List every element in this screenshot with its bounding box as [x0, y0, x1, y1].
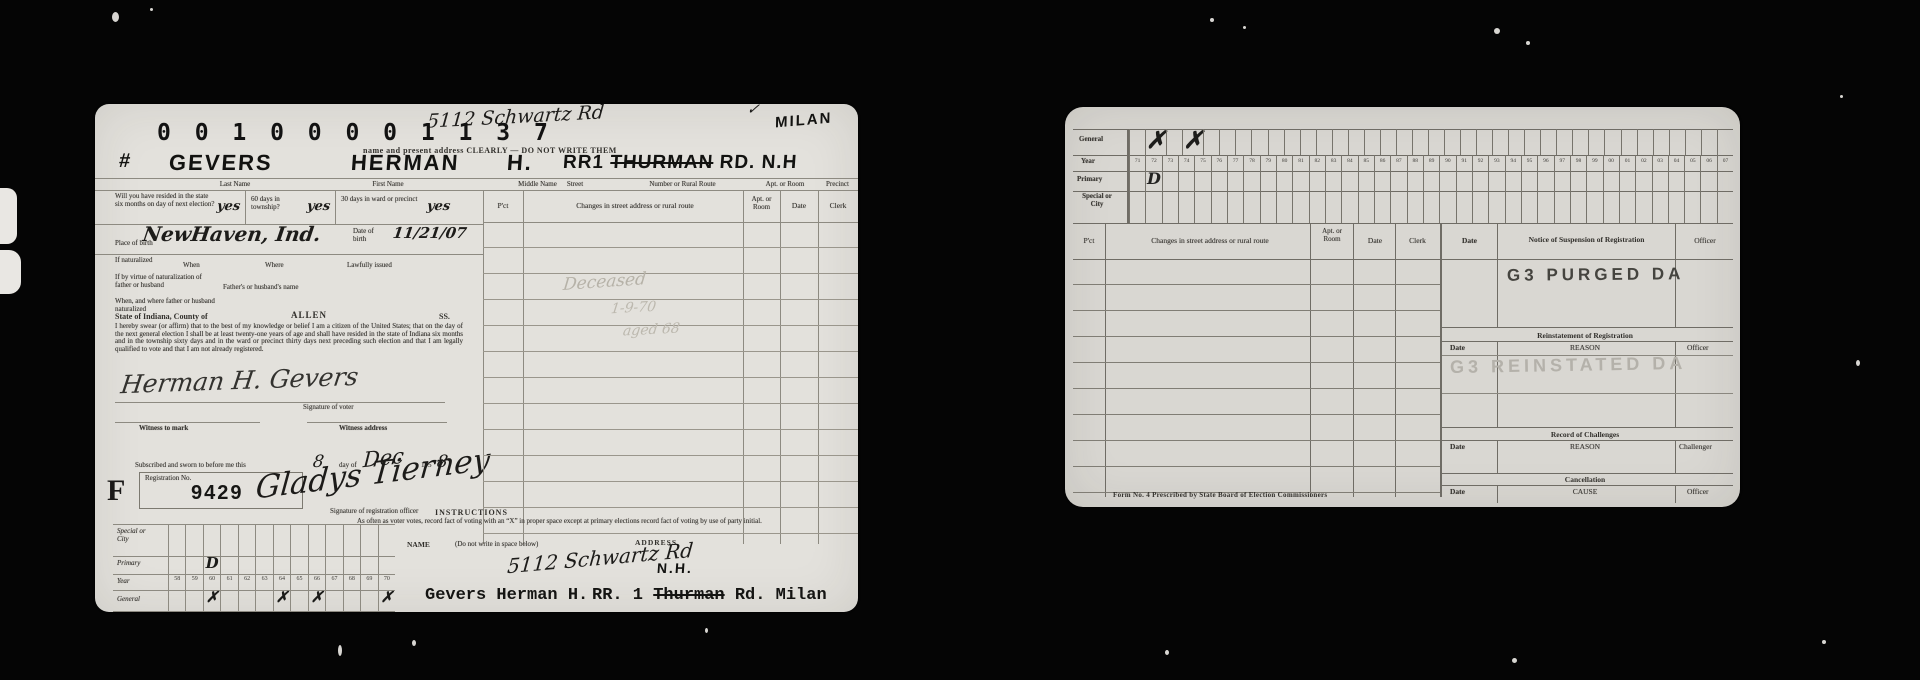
vote-mark-cell — [1476, 129, 1492, 155]
label-virtue-naturalization: If by virtue of naturalization of father… — [115, 274, 210, 289]
label-primary: Primary — [1077, 176, 1102, 184]
label-father-husband-name: Father's or husband's name — [223, 284, 383, 292]
vote-cell — [1374, 191, 1390, 223]
label-when: When — [183, 262, 200, 270]
vote-mark-cell — [1325, 171, 1341, 191]
vote-mark-cell — [1316, 129, 1332, 155]
registration-number-value: 9429 — [191, 482, 244, 505]
vote-mark-cell — [1472, 171, 1488, 191]
vote-cell — [1407, 191, 1423, 223]
typed-address: RR. 1 Thurman Rd. Milan — [592, 586, 827, 605]
vote-cell — [273, 524, 290, 556]
vote-mark-cell — [1524, 129, 1540, 155]
header-apt: Apt. or Room — [745, 196, 778, 211]
year-cell: 81 — [1292, 155, 1308, 171]
vote-cell — [1586, 191, 1602, 223]
vote-mark-cell — [1332, 129, 1348, 155]
header-date: Date — [1357, 237, 1393, 245]
vote-mark-cell — [238, 556, 255, 574]
label-date-of-birth: Date of birth — [353, 228, 388, 243]
county-value: ALLEN — [291, 310, 327, 320]
pencil-note-age: aged 68 — [622, 320, 681, 339]
vote-cell — [1423, 191, 1439, 223]
registration-card-front: 5112 Schwartz Rd 0 0 1 0 0 0 0 1 1 3 7 n… — [95, 104, 858, 612]
film-speck — [112, 12, 119, 22]
vote-mark-cell — [1488, 171, 1504, 191]
film-speck — [150, 8, 153, 11]
vote-mark-cell: D — [203, 556, 220, 574]
vote-cell — [1292, 191, 1308, 223]
nh-annotation: N.H. — [656, 560, 693, 576]
label-registration-no: Registration No. — [145, 475, 191, 483]
vote-mark-cell — [325, 556, 342, 574]
vote-mark-cell — [1428, 129, 1444, 155]
header-changes: Changes in street address or rural route — [1115, 237, 1305, 245]
vote-cell — [1162, 191, 1178, 223]
film-speck — [338, 645, 342, 656]
typed-address-rr: RR. 1 — [592, 586, 643, 605]
label-street: Street — [550, 181, 600, 189]
vote-cell — [290, 524, 307, 556]
vote-mark-cell — [1508, 129, 1524, 155]
year-cell: 90 — [1439, 155, 1455, 171]
vote-mark-cell: D — [1145, 171, 1161, 191]
vote-mark-cell — [1603, 171, 1619, 191]
film-speck — [1840, 95, 1843, 98]
registration-card-back: General Year Primary Special or City ✗✗ … — [1065, 107, 1740, 507]
pencil-note-date: 1-9-70 — [610, 299, 657, 317]
vote-mark-cell — [1521, 171, 1537, 191]
vote-cell — [1505, 191, 1521, 223]
answer-ward: yes — [426, 199, 451, 214]
header-pct: P'ct — [485, 202, 521, 210]
film-edge-blob — [0, 188, 17, 244]
record-grid-general-row: ✗✗ — [1129, 129, 1733, 155]
vote-mark-cell — [1129, 129, 1145, 155]
vote-mark-cell — [1604, 129, 1620, 155]
vote-grid-special-row — [168, 524, 395, 556]
vote-mark-cell — [1540, 129, 1556, 155]
film-speck — [1856, 360, 1860, 366]
vote-mark-cell — [1178, 171, 1194, 191]
vote-cell — [1390, 191, 1406, 223]
year-cell: 58 — [168, 574, 185, 590]
challenges-challenger-label: Challenger — [1679, 443, 1712, 451]
label-number-rural: Number or Rural Route — [625, 181, 740, 189]
cancellation-officer-label: Officer — [1687, 488, 1709, 496]
label-name: NAME — [407, 540, 430, 549]
vote-cell — [1652, 191, 1668, 223]
label-year: Year — [1081, 158, 1095, 166]
vote-mark-cell — [1460, 129, 1476, 155]
vote-mark-cell: ✗ — [203, 590, 220, 611]
vote-mark-cell — [255, 590, 272, 611]
label-general: General — [117, 596, 140, 604]
year-cell: 69 — [360, 574, 377, 590]
year-cell: 86 — [1374, 155, 1390, 171]
film-speck — [1494, 28, 1500, 34]
vote-mark-cell — [1423, 171, 1439, 191]
vote-mark-cell: ✗ — [308, 590, 325, 611]
vote-cell — [1211, 191, 1227, 223]
ss-label: SS. — [439, 312, 450, 321]
instructions-body: As often as voter votes, record fact of … — [357, 518, 765, 526]
year-cell: 97 — [1554, 155, 1570, 171]
vote-cell — [1456, 191, 1472, 223]
reinstatement-date-label: Date — [1450, 344, 1465, 352]
year-cell: 98 — [1570, 155, 1586, 171]
vote-mark-cell — [1537, 171, 1553, 191]
vote-mark-cell — [1211, 171, 1227, 191]
date-of-birth-value: 11/21/07 — [392, 224, 468, 242]
header-pct: P'ct — [1073, 237, 1105, 245]
vote-mark-cell — [185, 590, 202, 611]
vote-mark-cell — [1166, 129, 1182, 155]
vote-cell — [343, 524, 360, 556]
vote-mark-cell: ✗ — [378, 590, 395, 611]
typed-address-struck: Thurman — [653, 586, 724, 605]
year-cell: 04 — [1668, 155, 1684, 171]
vote-mark-cell — [1260, 171, 1276, 191]
sworn-line: Subscribed and sworn to before me this — [135, 462, 246, 470]
year-cell: 68 — [343, 574, 360, 590]
cancellation-date-label: Date — [1450, 488, 1465, 496]
year-cell: 83 — [1325, 155, 1341, 171]
year-cell: 76 — [1211, 155, 1227, 171]
film-speck — [1210, 18, 1214, 22]
vote-mark-cell — [1268, 129, 1284, 155]
vote-cell — [1325, 191, 1341, 223]
reinstated-stamp: G3 REINSTATED DA — [1450, 353, 1687, 378]
year-cell: 59 — [185, 574, 202, 590]
question-township: 60 days in township? — [251, 196, 306, 211]
year-cell: 77 — [1227, 155, 1243, 171]
check-mark: ✓ — [746, 100, 761, 118]
challenges-title: Record of Challenges — [1485, 430, 1685, 439]
label-first-name: First Name — [353, 181, 423, 189]
label-witness-to-mark: Witness to mark — [139, 425, 188, 433]
vote-cell — [238, 524, 255, 556]
state-county-line: State of Indiana, County of — [115, 312, 208, 321]
header-clerk: Clerk — [820, 202, 856, 210]
vote-mark-cell — [1717, 129, 1733, 155]
label-year: Year — [117, 578, 130, 586]
vote-mark-cell — [1635, 171, 1651, 191]
street-struck: THURMAN — [610, 152, 715, 173]
year-cell: 84 — [1341, 155, 1357, 171]
label-special-or-city: Special or City — [1077, 193, 1117, 208]
vote-mark-cell — [1407, 171, 1423, 191]
vote-mark-cell — [1194, 171, 1210, 191]
vote-mark-cell — [255, 556, 272, 574]
vote-mark-cell — [1570, 171, 1586, 191]
year-cell: 65 — [290, 574, 307, 590]
challenges-date-label: Date — [1450, 443, 1465, 451]
vote-cell — [1309, 191, 1325, 223]
year-cell: 75 — [1194, 155, 1210, 171]
vote-mark-cell — [1243, 171, 1259, 191]
suspension-date-label: Date — [1442, 237, 1497, 245]
vote-mark-cell — [1235, 129, 1251, 155]
vote-cell — [1521, 191, 1537, 223]
vote-mark-cell — [1227, 171, 1243, 191]
vote-mark-cell — [325, 590, 342, 611]
vote-mark-cell — [1358, 171, 1374, 191]
vote-mark-cell — [1348, 129, 1364, 155]
year-cell: 85 — [1358, 155, 1374, 171]
year-cell: 93 — [1488, 155, 1504, 171]
vote-cell — [1276, 191, 1292, 223]
vote-mark-cell — [1492, 129, 1508, 155]
vote-mark-cell — [1505, 171, 1521, 191]
suspension-title: Notice of Suspension of Registration — [1499, 235, 1674, 244]
vote-mark-cell — [1284, 129, 1300, 155]
label-do-not-write: (Do not write in space below) — [455, 541, 538, 549]
question-residence: Will you have resided in the state six m… — [115, 193, 215, 208]
reinstatement-officer-label: Officer — [1687, 344, 1709, 352]
vote-mark-cell — [1669, 129, 1685, 155]
film-edge-blob — [0, 250, 21, 294]
vote-cell — [1488, 191, 1504, 223]
vote-mark-cell — [378, 556, 395, 574]
vote-mark-cell — [360, 590, 377, 611]
street-rest: RD. N.H — [719, 152, 798, 173]
vote-cell — [1619, 191, 1635, 223]
vote-cell — [1554, 191, 1570, 223]
vote-cell — [1570, 191, 1586, 223]
vote-mark-cell — [1554, 171, 1570, 191]
vote-mark-cell — [273, 556, 290, 574]
year-cell: 91 — [1456, 155, 1472, 171]
label-if-naturalized: If naturalized — [115, 257, 165, 265]
vote-cell — [1178, 191, 1194, 223]
vote-cell — [1145, 191, 1161, 223]
vote-cell — [255, 524, 272, 556]
vote-mark-cell — [168, 556, 185, 574]
year-cell: 82 — [1309, 155, 1325, 171]
year-cell: 01 — [1619, 155, 1635, 171]
milan-annotation: MILAN — [775, 109, 833, 131]
vote-cell — [360, 524, 377, 556]
vote-mark-cell: ✗ — [1145, 129, 1166, 155]
vote-mark-cell — [1701, 129, 1717, 155]
vote-mark-cell — [168, 590, 185, 611]
microfilm-scan: 5112 Schwartz Rd 0 0 1 0 0 0 0 1 1 3 7 n… — [0, 0, 1920, 680]
middle-name-value: H. — [506, 150, 534, 176]
record-grid-special-row — [1129, 191, 1733, 223]
year-cell: 63 — [255, 574, 272, 590]
vote-mark-cell: ✗ — [1182, 129, 1203, 155]
vote-cell — [1603, 191, 1619, 223]
vote-mark-cell — [1684, 171, 1700, 191]
vote-mark-cell — [1586, 171, 1602, 191]
record-grid-primary-row: D — [1129, 171, 1733, 191]
vote-mark-cell — [1219, 129, 1235, 155]
vote-mark-cell — [290, 556, 307, 574]
suspension-officer-label: Officer — [1677, 237, 1733, 245]
year-cell: 06 — [1700, 155, 1716, 171]
vote-mark-cell — [1203, 129, 1219, 155]
vote-cell — [1341, 191, 1357, 223]
form-footer: Form No. 4 Prescribed by State Board of … — [1113, 491, 1327, 499]
vote-mark-cell — [1556, 129, 1572, 155]
vote-mark-cell — [1380, 129, 1396, 155]
year-cell: 00 — [1603, 155, 1619, 171]
vote-mark-cell — [290, 590, 307, 611]
party-letter-f: F — [107, 474, 125, 508]
vote-mark-cell — [1439, 171, 1455, 191]
vote-cell — [168, 524, 185, 556]
film-speck — [1243, 26, 1246, 29]
vote-mark-cell — [1341, 171, 1357, 191]
vote-cell — [1439, 191, 1455, 223]
reinstatement-title: Reinstatement of Registration — [1465, 331, 1705, 340]
year-cell: 92 — [1472, 155, 1488, 171]
vote-mark-cell — [1619, 171, 1635, 191]
year-cell: 87 — [1390, 155, 1406, 171]
vote-cell — [1472, 191, 1488, 223]
vote-mark-cell — [1390, 171, 1406, 191]
vote-cell — [1358, 191, 1374, 223]
label-signature-of-officer: Signature of registration officer — [330, 508, 418, 516]
vote-mark-cell — [1637, 129, 1653, 155]
year-cell: 71 — [1129, 155, 1145, 171]
label-precinct: Precinct — [817, 181, 858, 189]
vote-mark-cell — [1300, 129, 1316, 155]
vote-mark-cell — [1685, 129, 1701, 155]
film-speck — [1512, 658, 1517, 663]
vote-cell — [1194, 191, 1210, 223]
vote-cell — [1717, 191, 1733, 223]
film-speck — [705, 628, 708, 633]
vote-mark-cell — [343, 556, 360, 574]
typed-name: Gevers Herman H. — [425, 586, 588, 605]
label-witness-address: Witness address — [339, 425, 387, 433]
vote-cell — [1227, 191, 1243, 223]
vote-mark-cell — [220, 556, 237, 574]
vote-mark-cell — [1276, 171, 1292, 191]
year-cell: 94 — [1505, 155, 1521, 171]
vote-mark-cell — [1162, 171, 1178, 191]
vote-mark-cell — [1292, 171, 1308, 191]
vote-cell — [308, 524, 325, 556]
label-special-or-city: Special or City — [117, 528, 149, 543]
film-speck — [412, 640, 416, 646]
oath-text: I hereby swear (or affirm) that to the b… — [115, 323, 463, 353]
vote-mark-cell — [1456, 171, 1472, 191]
vote-mark-cell — [1572, 129, 1588, 155]
vote-cell — [1260, 191, 1276, 223]
vote-cell — [220, 524, 237, 556]
vote-mark-cell — [1668, 171, 1684, 191]
vote-mark-cell — [1364, 129, 1380, 155]
year-cell: 74 — [1178, 155, 1194, 171]
header-date: Date — [782, 202, 816, 210]
question-ward: 30 days in ward or precinct — [341, 196, 421, 204]
vote-mark-cell — [1700, 171, 1716, 191]
answer-residence: yes — [216, 199, 241, 214]
vote-cell — [1700, 191, 1716, 223]
vote-cell — [1537, 191, 1553, 223]
year-cell: 80 — [1276, 155, 1292, 171]
purged-stamp: G3 PURGED DA — [1507, 264, 1685, 286]
record-grid-year-row: 7172737475767778798081828384858687888990… — [1129, 155, 1733, 171]
instructions-title: INSTRUCTIONS — [435, 508, 508, 517]
vote-cell — [1635, 191, 1651, 223]
vote-mark-cell — [1251, 129, 1267, 155]
year-cell: 95 — [1521, 155, 1537, 171]
year-cell: 02 — [1635, 155, 1651, 171]
year-cell: 67 — [325, 574, 342, 590]
hash-mark: # — [118, 150, 133, 173]
header-changes: Changes in street address or rural route — [531, 202, 739, 210]
year-cell: 03 — [1652, 155, 1668, 171]
film-speck — [1526, 41, 1530, 45]
label-when-where-naturalized: When, and where father or husband natura… — [115, 298, 225, 313]
vote-mark-cell: ✗ — [273, 590, 290, 611]
vote-grid-primary-row: D — [168, 556, 395, 574]
vote-mark-cell — [1653, 129, 1669, 155]
vote-cell — [1243, 191, 1259, 223]
film-speck — [1822, 640, 1826, 644]
vote-mark-cell — [1374, 171, 1390, 191]
vote-mark-cell — [1621, 129, 1637, 155]
vote-mark-cell — [1396, 129, 1412, 155]
vote-mark-cell — [360, 556, 377, 574]
label-primary: Primary — [117, 560, 140, 568]
last-name-value: GEVERS — [168, 150, 274, 176]
cancellation-cause-label: CAUSE — [1525, 488, 1645, 496]
year-cell: 62 — [238, 574, 255, 590]
label-general: General — [1079, 136, 1103, 144]
year-cell: 61 — [220, 574, 237, 590]
vote-cell — [325, 524, 342, 556]
vote-mark-cell — [1309, 171, 1325, 191]
vote-mark-cell — [343, 590, 360, 611]
vote-mark-cell — [1588, 129, 1604, 155]
year-cell: 07 — [1717, 155, 1733, 171]
header-apt: Apt. or Room — [1313, 228, 1351, 243]
year-cell: 88 — [1407, 155, 1423, 171]
label-signature-of-voter: Signature of voter — [303, 404, 354, 412]
vote-mark-cell — [1129, 171, 1145, 191]
typed-address-rest: Rd. Milan — [735, 586, 827, 605]
vote-cell — [1129, 191, 1145, 223]
answer-township: yes — [306, 199, 331, 214]
label-last-name: Last Name — [200, 181, 270, 189]
vote-cell — [185, 524, 202, 556]
vote-cell — [378, 524, 395, 556]
year-cell: 99 — [1586, 155, 1602, 171]
year-cell: 73 — [1162, 155, 1178, 171]
street-rr: RR1 — [562, 152, 604, 173]
year-cell: 89 — [1423, 155, 1439, 171]
vote-cell — [1668, 191, 1684, 223]
year-cell: 79 — [1260, 155, 1276, 171]
voter-signature: Herman H. Gevers — [119, 362, 360, 399]
vote-mark-cell — [1717, 171, 1733, 191]
year-cell: 05 — [1684, 155, 1700, 171]
vote-mark-cell — [1652, 171, 1668, 191]
vote-mark-cell — [238, 590, 255, 611]
challenges-reason-label: REASON — [1525, 443, 1645, 451]
vote-mark-cell — [308, 556, 325, 574]
place-of-birth-value: NewHaven, Ind. — [141, 222, 322, 246]
film-speck — [1165, 650, 1169, 655]
vote-mark-cell — [1412, 129, 1428, 155]
vote-cell — [203, 524, 220, 556]
serial-number-stamp: 0 0 1 0 0 0 0 1 1 3 7 — [157, 120, 553, 146]
